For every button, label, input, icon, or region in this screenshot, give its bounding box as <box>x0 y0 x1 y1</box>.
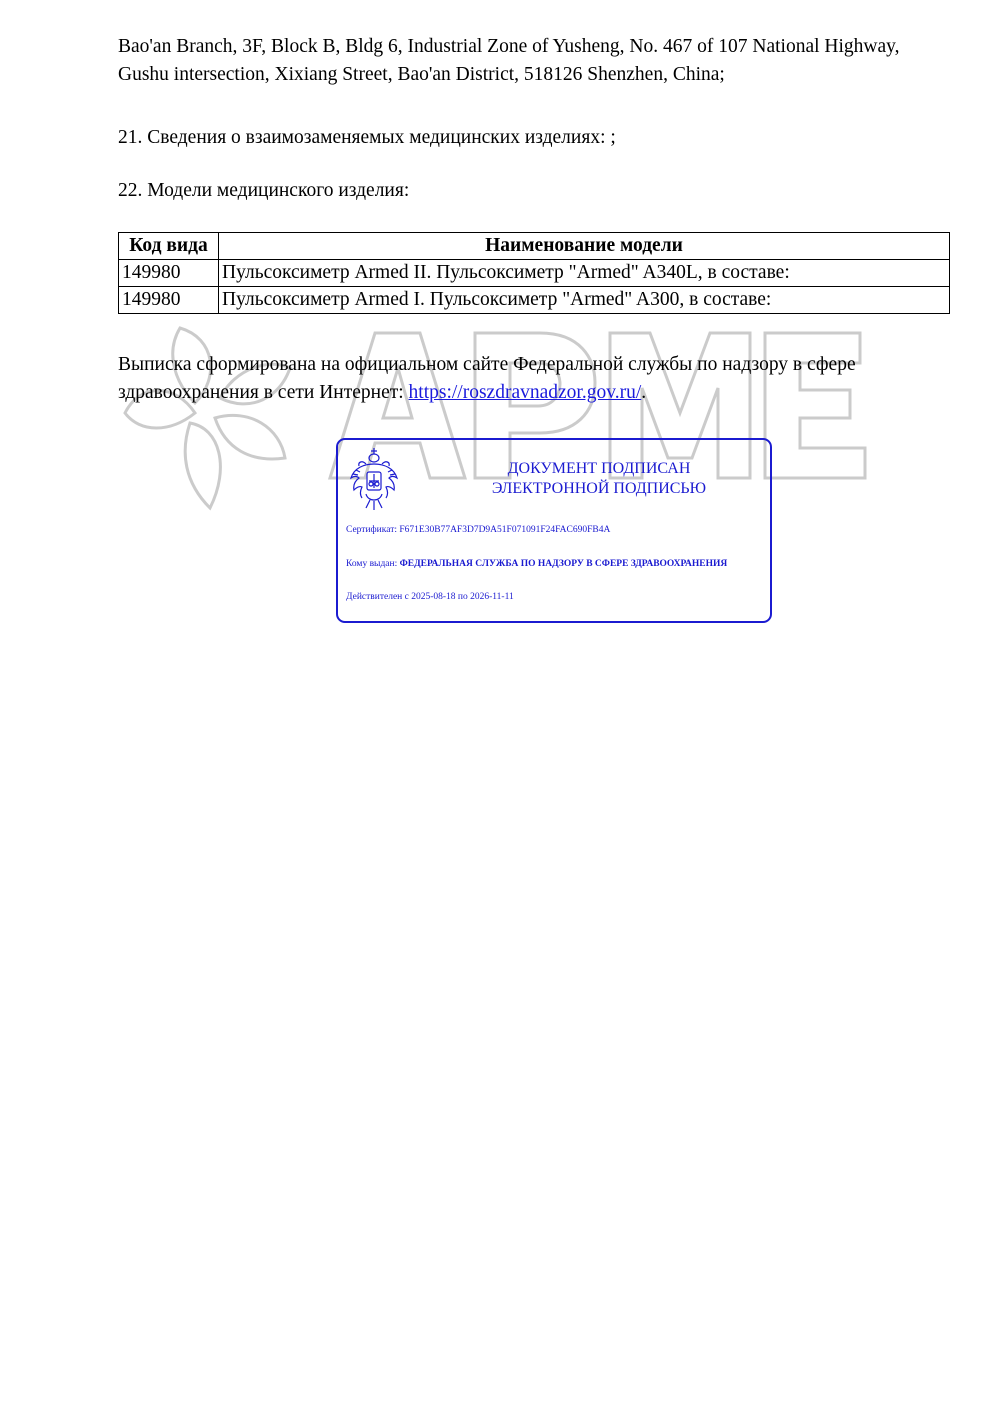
certificate-line: Сертификат: F671E30B77AF3D7D9A51F071091F… <box>346 525 610 535</box>
document-page: Bao'an Branch, 3F, Block B, Bldg 6, Indu… <box>0 0 1000 1415</box>
column-header-type-code: Код вида <box>119 233 219 260</box>
extract-note-prefix: здравоохранения в сети Интернет: <box>118 382 409 403</box>
manufacturer-address: Bao'an Branch, 3F, Block B, Bldg 6, Indu… <box>118 33 900 89</box>
type-code-cell: 149980 <box>119 287 219 314</box>
issued-to-value: ФЕДЕРАЛЬНАЯ СЛУЖБА ПО НАДЗОРУ В СФЕРЕ ЗД… <box>400 559 728 569</box>
column-header-model-name: Наименование модели <box>219 233 950 260</box>
table-row: 149980 Пульсоксиметр Armed II. Пульсокси… <box>119 260 950 287</box>
section-22-device-models-heading: 22. Модели медицинского изделия: <box>118 177 409 205</box>
stamp-title-line-2: ЭЛЕКТРОННОЙ ПОДПИСЬЮ <box>438 479 760 499</box>
certificate-value: F671E30B77AF3D7D9A51F071091F24FAC690FB4A <box>399 525 610 535</box>
section-21-interchangeable-devices: 21. Сведения о взаимозаменяемых медицинс… <box>118 124 616 152</box>
stamp-title-line-1: ДОКУМЕНТ ПОДПИСАН <box>438 459 760 479</box>
model-name-cell: Пульсоксиметр Armed II. Пульсоксиметр "A… <box>219 260 950 287</box>
model-name-cell: Пульсоксиметр Armed I. Пульсоксиметр "Ar… <box>219 287 950 314</box>
address-line-1: Bao'an Branch, 3F, Block B, Bldg 6, Indu… <box>118 33 900 61</box>
issued-to-label: Кому выдан: <box>346 559 400 569</box>
stamp-title: ДОКУМЕНТ ПОДПИСАН ЭЛЕКТРОННОЙ ПОДПИСЬЮ <box>438 459 760 499</box>
certificate-label: Сертификат: <box>346 525 399 535</box>
models-table: Код вида Наименование модели 149980 Пуль… <box>118 232 950 314</box>
extract-note-suffix: . <box>641 382 646 403</box>
validity-line: Действителен с 2025-08-18 по 2026-11-11 <box>346 592 514 602</box>
address-line-2: Gushu intersection, Xixiang Street, Bao'… <box>118 61 900 89</box>
electronic-signature-stamp: ДОКУМЕНТ ПОДПИСАН ЭЛЕКТРОННОЙ ПОДПИСЬЮ С… <box>336 438 772 623</box>
issued-to-line: Кому выдан: ФЕДЕРАЛЬНАЯ СЛУЖБА ПО НАДЗОР… <box>346 559 727 569</box>
russian-coat-of-arms-icon <box>348 446 400 512</box>
extract-note-line-1: Выписка сформирована на официальном сайт… <box>118 351 958 379</box>
roszdravnadzor-link[interactable]: https://roszdravnadzor.gov.ru/ <box>409 382 642 403</box>
table-row: 149980 Пульсоксиметр Armed I. Пульсоксим… <box>119 287 950 314</box>
extract-note: Выписка сформирована на официальном сайт… <box>118 351 958 407</box>
extract-note-line-2: здравоохранения в сети Интернет: https:/… <box>118 379 958 407</box>
type-code-cell: 149980 <box>119 260 219 287</box>
table-header-row: Код вида Наименование модели <box>119 233 950 260</box>
